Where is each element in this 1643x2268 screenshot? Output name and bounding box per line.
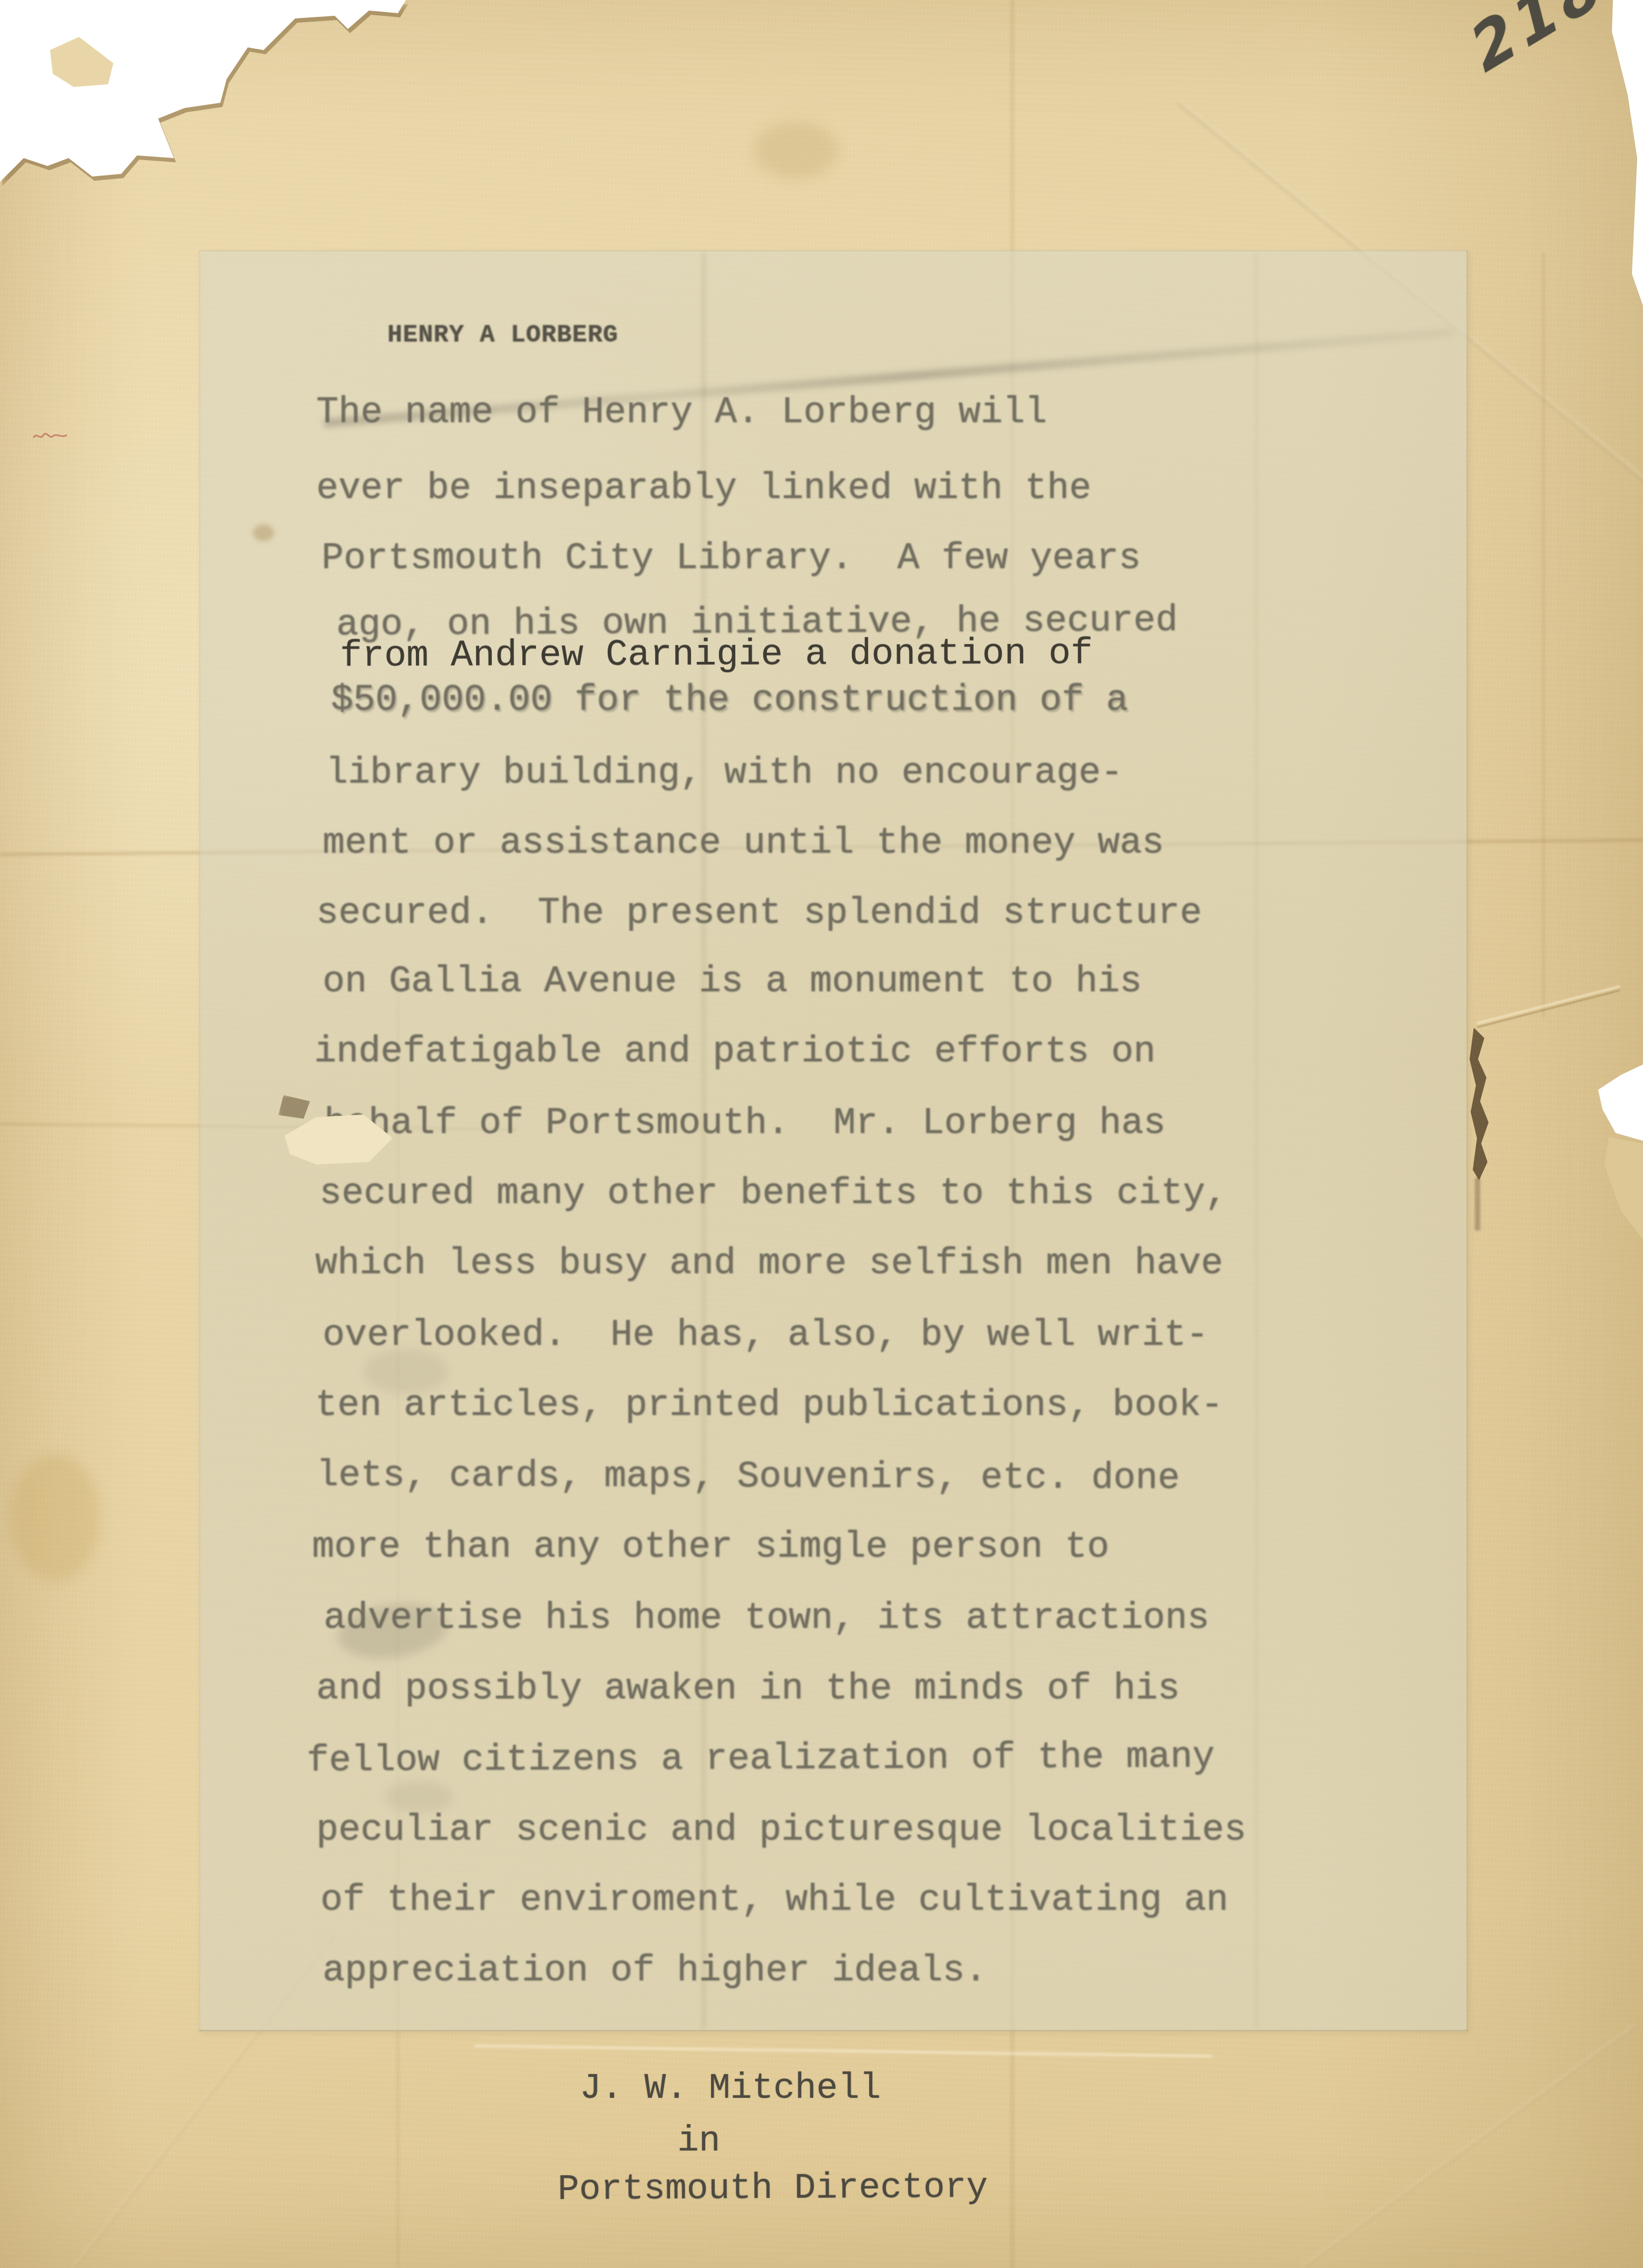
typed-line: library building, with no encourage- [326, 755, 1123, 792]
typed-line: secured. The present splendid structure [316, 895, 1202, 932]
attribution-source: Portsmouth Directory [558, 2170, 988, 2208]
tear-gap-tail [1475, 1178, 1480, 1230]
stain-top-center [754, 121, 838, 179]
typed-line: secured many other benefits to this city… [319, 1176, 1227, 1213]
stain-small-dot [253, 524, 274, 541]
typed-line: ever be inseparably linked with the [316, 471, 1091, 507]
typed-line: which less busy and more selfish men hav… [315, 1246, 1223, 1283]
attribution-connector: in [677, 2124, 721, 2159]
typed-line: fellow citizens a realization of the man… [307, 1739, 1215, 1780]
typed-line: on Gallia Avenue is a monument to his [323, 964, 1142, 1001]
typed-line: ment or assistance until the money was [323, 825, 1164, 862]
typed-line-inserted: from Andrew Carnigie a donation of [340, 636, 1093, 676]
red-squiggle-mark [32, 426, 69, 447]
document-scan: HENRY A LORBERG The name of Henry A. Lor… [0, 0, 1643, 2268]
stain-left-edge [11, 1454, 100, 1581]
typed-line: behalf of Portsmouth. Mr. Lorberg has [324, 1106, 1165, 1142]
typed-line: and possibly awaken in the minds of his [316, 1671, 1180, 1708]
typed-line: The name of Henry A. Lorberg will [316, 395, 1047, 432]
typed-line: indefatigable and patriotic efforts on [314, 1034, 1155, 1071]
typed-line: advertise his home town, its attractions [324, 1600, 1209, 1637]
attribution-author: J. W. Mitchell [580, 2071, 881, 2107]
typed-line: of their enviroment, while cultivating a… [320, 1882, 1228, 1919]
typed-line: ten articles, printed publications, book… [315, 1387, 1223, 1424]
typed-line: peculiar scenic and picturesque localiti… [316, 1812, 1246, 1849]
typed-line: lets, cards, maps, Souvenirs, etc. done [316, 1458, 1180, 1498]
typed-line: more than any other simgle person to [312, 1529, 1109, 1566]
sheet-fold-streak [1255, 253, 1259, 2029]
typed-line: Portsmouth City Library. A few years [322, 541, 1141, 578]
typed-line: $50,000.00 for the construction of a [331, 682, 1128, 719]
typed-line: overlooked. He has, also, by well writ- [323, 1317, 1208, 1354]
ink-smudge [385, 1781, 453, 1813]
document-heading: HENRY A LORBERG [387, 323, 618, 348]
typed-line: appreciation of higher ideals. [323, 1953, 987, 1990]
